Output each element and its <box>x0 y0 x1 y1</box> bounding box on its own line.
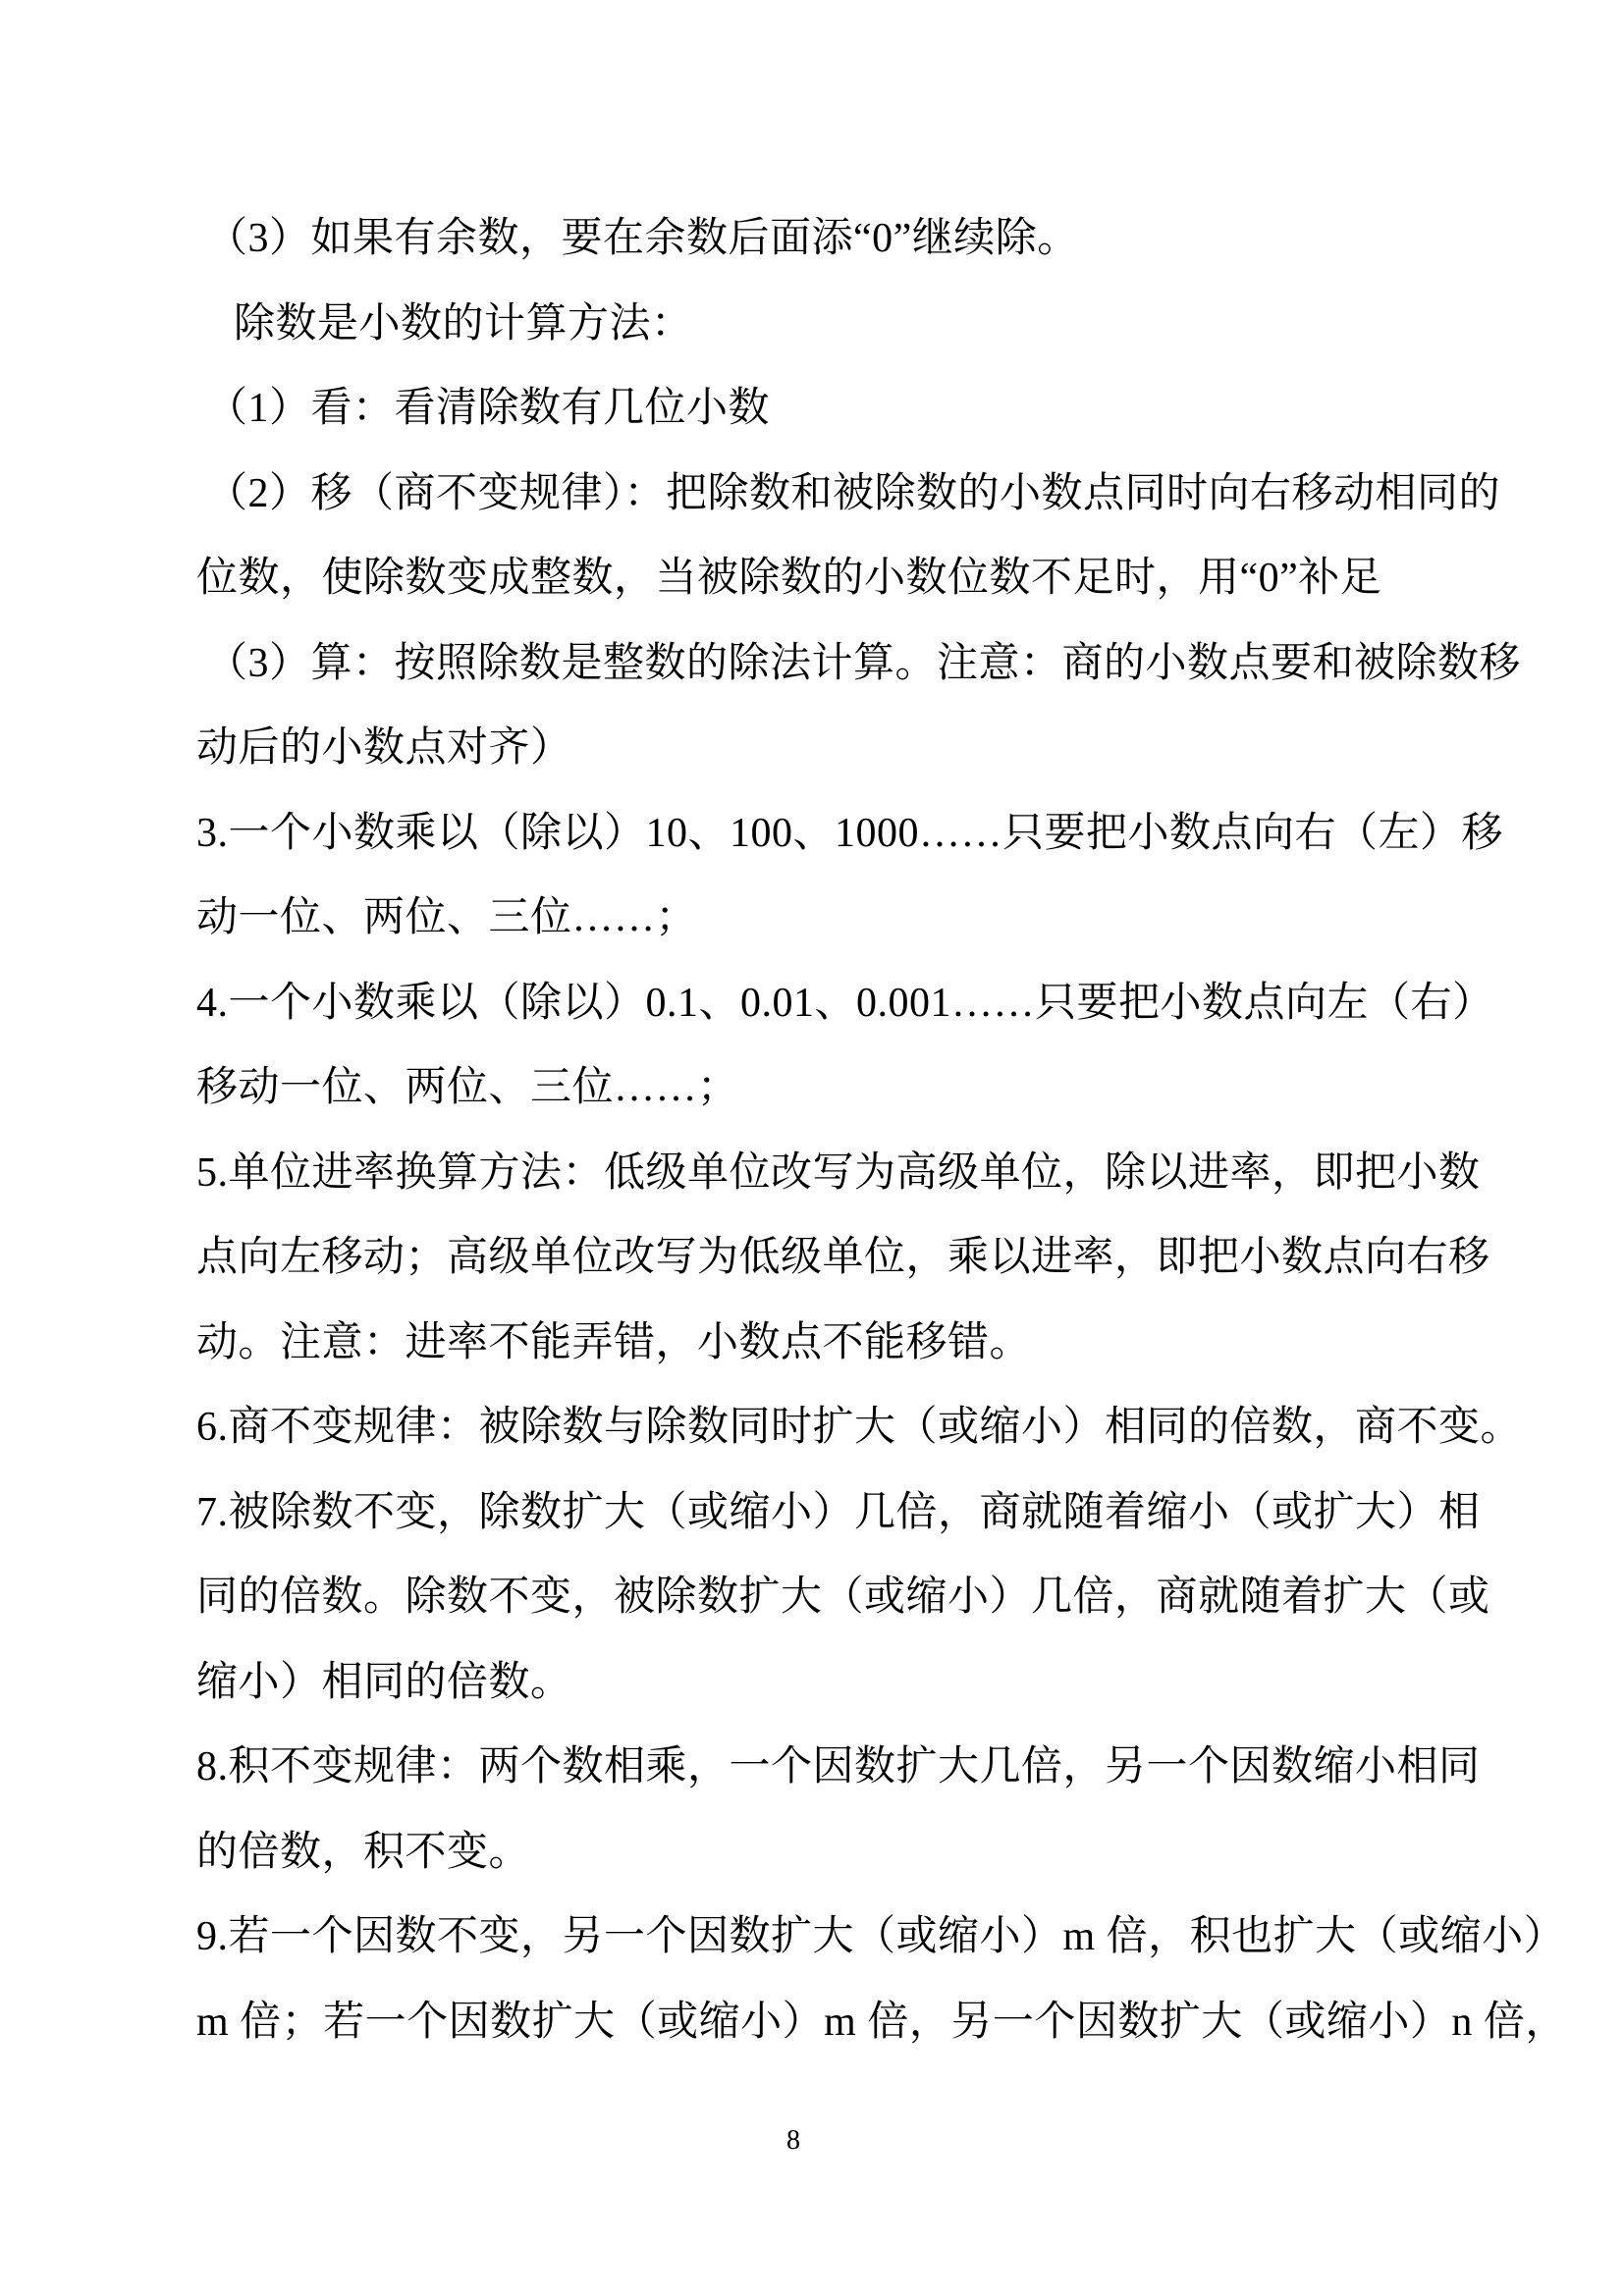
page-number: 8 <box>0 2123 1587 2159</box>
text-line: 动。注意：进率不能弄错，小数点不能移错。 <box>196 1301 1502 1386</box>
document-page: （3）如果有余数，要在余数后面添“0”继续除。除数是小数的计算方法：（1）看：看… <box>0 0 1624 2296</box>
document-body: （3）如果有余数，要在余数后面添“0”继续除。除数是小数的计算方法：（1）看：看… <box>196 196 1502 2064</box>
text-line: （3）如果有余数，要在余数后面添“0”继续除。 <box>196 196 1502 282</box>
text-line: 移动一位、两位、三位……； <box>196 1045 1502 1131</box>
text-line: （1）看：看清除数有几位小数 <box>196 366 1502 452</box>
text-line: （2）移（商不变规律）：把除数和被除数的小数点同时向右移动相同的 <box>196 452 1502 537</box>
text-line: 动后的小数点对齐） <box>196 706 1502 791</box>
text-line: 点向左移动；高级单位改写为低级单位，乘以进率，即把小数点向右移 <box>196 1215 1502 1301</box>
text-line: 动一位、两位、三位……； <box>196 876 1502 961</box>
text-line: 4.一个小数乘以（除以）0.1、0.01、0.001……只要把小数点向左（右） <box>196 961 1502 1046</box>
text-line: 7.被除数不变，除数扩大（或缩小）几倍，商就随着缩小（或扩大）相 <box>196 1470 1502 1556</box>
text-line: （3）算：按照除数是整数的除法计算。注意：商的小数点要和被除数移 <box>196 621 1502 707</box>
text-line: 5.单位进率换算方法：低级单位改写为高级单位，除以进率，即把小数 <box>196 1131 1502 1216</box>
text-line: 6.商不变规律：被除数与除数同时扩大（或缩小）相同的倍数，商不变。 <box>196 1385 1502 1470</box>
text-line: 除数是小数的计算方法： <box>196 282 1502 367</box>
text-line: 的倍数，积不变。 <box>196 1810 1502 1896</box>
text-line: 3.一个小数乘以（除以）10、100、1000……只要把小数点向右（左）移 <box>196 791 1502 877</box>
text-line: 8.积不变规律：两个数相乘，一个因数扩大几倍，另一个因数缩小相同 <box>196 1725 1502 1810</box>
text-line: 9.若一个因数不变，另一个因数扩大（或缩小）m 倍，积也扩大（或缩小） <box>196 1895 1502 1980</box>
text-line: 位数，使除数变成整数，当被除数的小数位数不足时，用“0”补足 <box>196 536 1502 621</box>
text-line: 缩小）相同的倍数。 <box>196 1640 1502 1726</box>
text-line: 同的倍数。除数不变，被除数扩大（或缩小）几倍，商就随着扩大（或 <box>196 1555 1502 1640</box>
text-line: m 倍；若一个因数扩大（或缩小）m 倍，另一个因数扩大（或缩小）n 倍， <box>196 1980 1502 2065</box>
